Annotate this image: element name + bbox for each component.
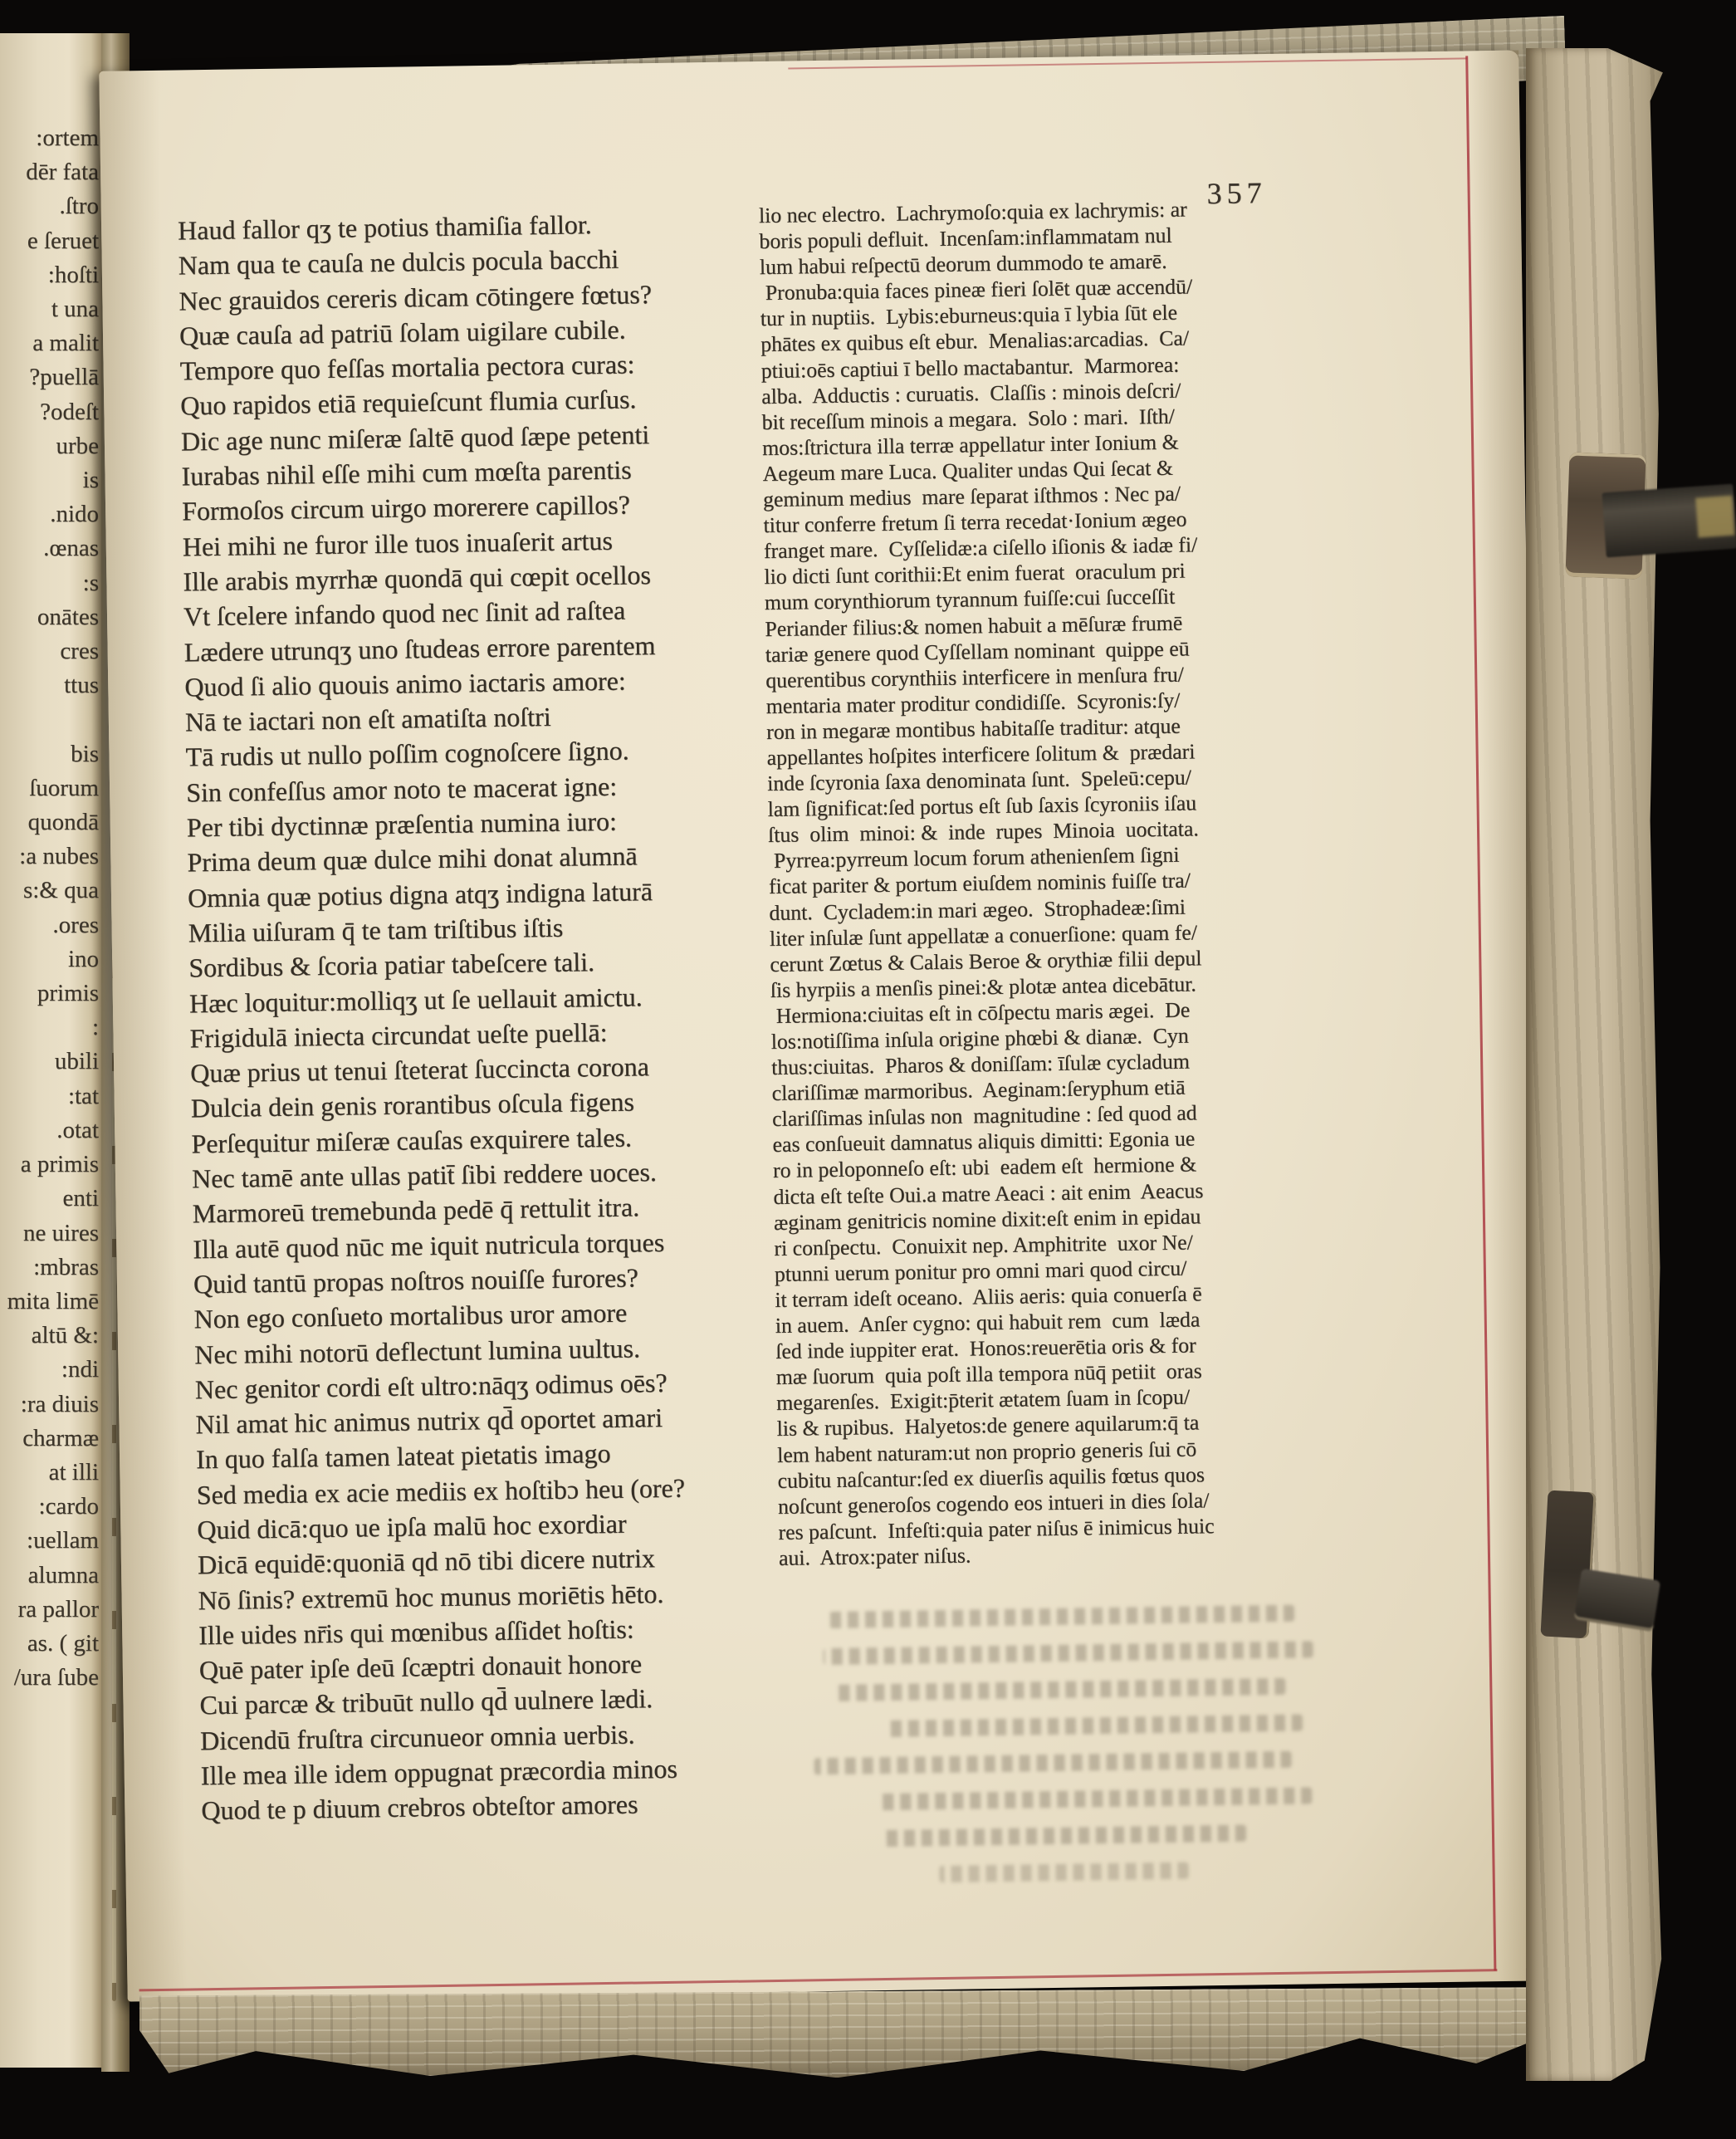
facing-page-fragment: ortem: (2, 121, 99, 155)
facing-page-fragment: is (2, 463, 99, 497)
facing-page-fragment: :& altū (2, 1319, 99, 1353)
red-ruling-bottom (139, 1969, 1498, 1991)
facing-page-fragment: dēr fata (2, 155, 99, 189)
facing-page-fragment: nido. (2, 497, 99, 531)
clasp-lower (1538, 1488, 1670, 1644)
facing-page-fragment: uellam: (2, 1524, 99, 1558)
facing-page-fragment: as. ( git (2, 1627, 99, 1661)
facing-page-fragment: a primis (2, 1148, 99, 1182)
facing-page-fragment: ra pallor (2, 1593, 99, 1627)
facing-page-fragment: ino (2, 942, 99, 976)
showthrough-line (833, 1678, 1285, 1701)
facing-page-fragment: ſtro. (2, 189, 99, 223)
facing-page-fragment: alumna (2, 1559, 99, 1593)
facing-page-fragment: cardo: (2, 1490, 99, 1524)
ink-showthrough-block (786, 1604, 1322, 1904)
showthrough-line (888, 1715, 1303, 1737)
facing-page-fragment: bis (2, 737, 99, 771)
facing-page-fragment: ſuorum (2, 771, 99, 805)
verse-column: Haud fallor qʒ te potius thamiſia fallor… (178, 204, 793, 1828)
commentary-column: lio nec electro. Lachrymoſo:quia ex lach… (759, 194, 1328, 1571)
showthrough-line (880, 1787, 1312, 1810)
facing-page-fragment: onātes (2, 600, 99, 634)
facing-page-fragment: puellā? (2, 360, 99, 394)
facing-page-fragment: t una (2, 292, 99, 326)
facing-page-fragment: a malit (2, 326, 99, 360)
facing-page-fragment: ura ſube/ (2, 1661, 99, 1695)
facing-page-fragment: cres (2, 634, 99, 668)
facing-page-sliver: ortem:dēr fataſtro.e ſeruethoſti:t unaa … (0, 33, 101, 2068)
facing-page-fragment: mita limē (2, 1285, 99, 1319)
clasp-metal-strap (1602, 484, 1736, 558)
facing-page-fragment: mbras: (2, 1251, 99, 1285)
vellum-cover-fold (1526, 48, 1667, 2081)
red-ruling-top (788, 57, 1467, 69)
facing-page-fragment: at illi (2, 1456, 99, 1490)
facing-page-fragment: ttus (2, 668, 99, 702)
recto-page: 357 Haud fallor qʒ te potius thamiſia fa… (99, 50, 1547, 2001)
clasp-upper (1567, 447, 1735, 590)
facing-page-fragment: a nubes: (2, 839, 99, 874)
facing-page-fragment: s:& qua (2, 874, 99, 908)
facing-page-fragment: urbe (2, 429, 99, 463)
facing-page-fragment: ne uires (2, 1216, 99, 1251)
facing-page-fragment: : (2, 1011, 99, 1045)
facing-page-fragment: tat: (2, 1079, 99, 1114)
facing-page-fragment: ndi: (2, 1353, 99, 1387)
text-block-bottom-edge (139, 1987, 1593, 2083)
facing-page-fragment: ubili (2, 1045, 99, 1079)
facing-page-fragment: s: (2, 566, 99, 600)
facing-page-fragment: hoſti: (2, 258, 99, 292)
showthrough-line (824, 1641, 1313, 1665)
showthrough-line (939, 1862, 1188, 1882)
facing-page-fragment: charmæ (2, 1422, 99, 1456)
facing-page-fragment: otat. (2, 1114, 99, 1148)
facing-page-fragment: primis (2, 976, 99, 1011)
showthrough-line (881, 1825, 1246, 1848)
facing-page-fragment: odeſt? (2, 395, 99, 429)
showthrough-line (814, 1751, 1292, 1775)
facing-page-fragment: enti (2, 1182, 99, 1216)
facing-page-line-fragments: ortem:dēr fataſtro.e ſeruethoſti:t unaa … (2, 121, 99, 1740)
facing-page-fragment: e ſeruet (2, 224, 99, 258)
showthrough-line (829, 1605, 1294, 1628)
facing-page-fragment (2, 702, 99, 737)
facing-page-fragment: quondā (2, 805, 99, 839)
facing-page-fragment: œnas. (2, 531, 99, 565)
facing-page-fragment: ra diuis: (2, 1388, 99, 1422)
red-ruling-right (1465, 56, 1496, 1970)
facing-page-fragment: ores. (2, 908, 99, 942)
